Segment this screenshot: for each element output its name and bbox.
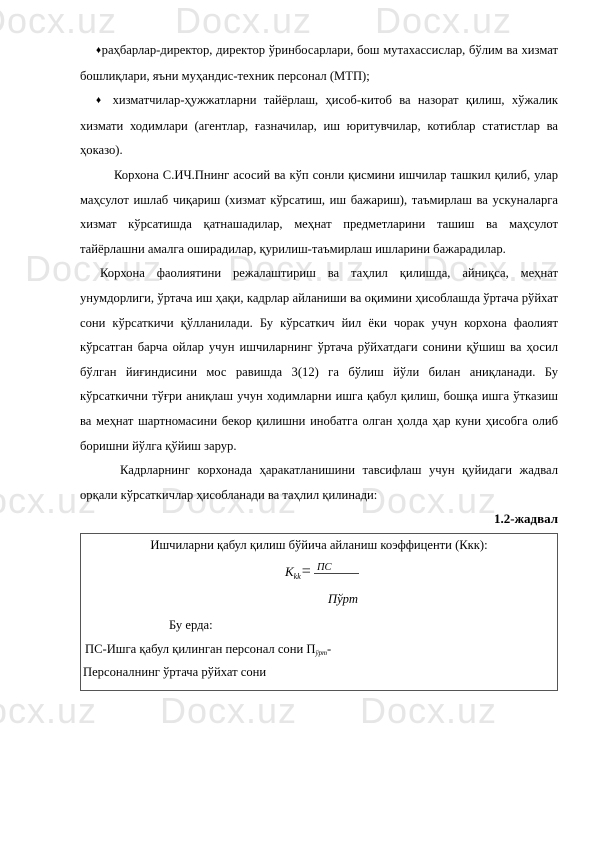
formula-table: Ишчиларни қабул қилиш бўйича айланиш коэ… <box>80 533 558 691</box>
formula-equals: = <box>302 563 311 580</box>
document-page: ♦раҳбарлар-директор, директор ўринбосарл… <box>80 38 558 691</box>
diamond-bullet-icon: ♦ <box>96 95 105 106</box>
definition-line: ПС-Ишга қабул қилинган персонал сони Пўр… <box>85 642 331 657</box>
paragraph: Корхона фаолиятини режалаштириш ва таҳли… <box>80 261 558 458</box>
formula: Kkk= ПС <box>285 562 359 581</box>
paragraph: Корхона С.ИЧ.Пнинг асосий ва кўп сонли қ… <box>80 163 558 261</box>
watermark: Docx.uz <box>375 0 512 42</box>
paragraph-text: раҳбарлар-директор, директор ўринбосарла… <box>80 43 558 83</box>
watermark: Docx.uz <box>0 690 97 732</box>
definition-subscript: ўрт <box>315 649 327 657</box>
watermark: Docx.uz <box>175 0 312 42</box>
watermark: Docx.uz <box>360 690 497 732</box>
formula-numerator: ПС <box>314 562 359 574</box>
paragraph-text: хизматчилар-ҳужжатларни тайёрлаш, ҳисоб-… <box>80 93 558 157</box>
paragraph: Кадрларнинг корхонада ҳаракатланишини та… <box>80 458 558 507</box>
table-title: Ишчиларни қабул қилиш бўйича айланиш коэ… <box>81 538 557 553</box>
formula-lhs: K <box>285 564 294 579</box>
bullet-paragraph: ♦ хизматчилар-ҳужжатларни тайёрлаш, ҳисо… <box>80 88 558 163</box>
formula-lhs-subscript: kk <box>294 572 301 581</box>
watermark: Docx.uz <box>0 0 117 42</box>
bullet-paragraph: ♦раҳбарлар-директор, директор ўринбосарл… <box>80 38 558 88</box>
definition-text: ПС-Ишга қабул қилинган персонал сони П <box>85 642 315 656</box>
watermark: Docx.uz <box>160 690 297 732</box>
definition-line: Персоналнинг ўртача рўйхат сони <box>83 665 266 680</box>
table-caption: 1.2-жадвал <box>80 507 558 531</box>
definition-tail: - <box>327 642 331 656</box>
where-label: Бу ерда: <box>169 618 213 633</box>
formula-denominator: Пўрт <box>328 592 358 607</box>
